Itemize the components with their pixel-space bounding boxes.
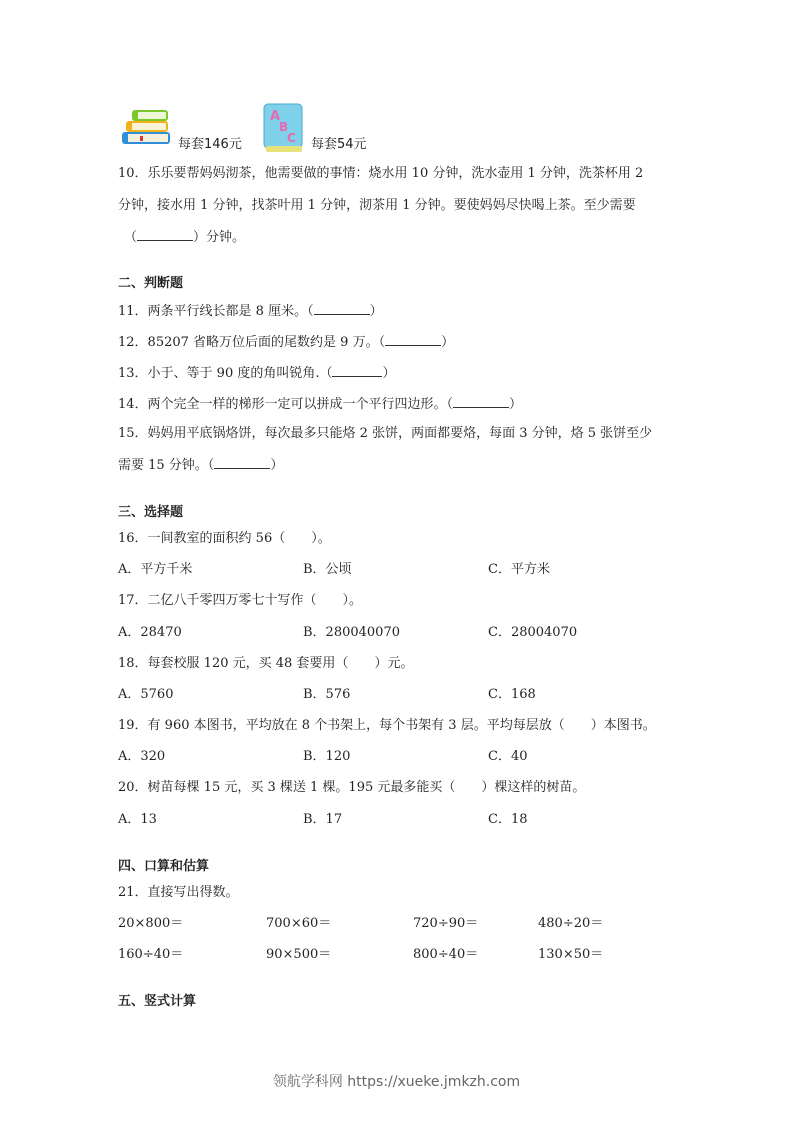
- paren-close: ）分钟。: [193, 230, 245, 245]
- question-text-end: ）。: [311, 531, 331, 546]
- question-12: 12．85207 省略万位后面的尾数约是 9 万。（）: [118, 333, 454, 352]
- section-3-title: 三、选择题: [118, 504, 183, 522]
- svg-text:C: C: [287, 131, 296, 145]
- answer-blank[interactable]: [332, 364, 382, 377]
- question-11: 11．两条平行线长都是 8 厘米。（）: [118, 302, 383, 321]
- calc-item: 90×500＝: [266, 946, 331, 964]
- option-c[interactable]: C．40: [488, 748, 528, 766]
- paren-close: ）: [441, 335, 454, 350]
- option-a[interactable]: A．5760: [118, 686, 173, 704]
- answer-blank[interactable]: [385, 333, 441, 346]
- question-16: 16．一间教室的面积约 56（）。: [118, 530, 331, 548]
- question-text: 11．两条平行线长都是 8 厘米。（: [118, 304, 314, 319]
- question-text-end: ）棵这样的树苗。: [481, 780, 585, 795]
- question-20: 20．树苗每棵 15 元，买 3 棵送 1 棵。195 元最多能买（）棵这样的树…: [118, 779, 585, 797]
- option-a[interactable]: A．13: [118, 811, 157, 829]
- answer-blank[interactable]: [214, 456, 270, 469]
- question-13: 13．小于、等于 90 度的角叫锐角.（）: [118, 364, 396, 383]
- calc-item: 720÷90＝: [413, 915, 478, 933]
- option-c[interactable]: C．平方米: [488, 561, 550, 579]
- question-text: 14．两个完全一样的梯形一定可以拼成一个平行四边形。（: [118, 397, 453, 412]
- question-15-line2: 需要 15 分钟。（）: [118, 456, 283, 475]
- section-4-title: 四、口算和估算: [118, 858, 209, 876]
- footer-watermark: 领航学科网 https://xueke.jmkzh.com: [0, 1071, 793, 1091]
- section-2-title: 二、判断题: [118, 275, 183, 293]
- question-text: 17．二亿八千零四万零七十写作（: [118, 593, 317, 608]
- option-a[interactable]: A．平方千米: [118, 561, 192, 579]
- option-b[interactable]: B．公顷: [303, 561, 352, 579]
- paren-close: ）: [509, 397, 522, 412]
- question-text-end: ）本图书。: [591, 718, 656, 733]
- option-b[interactable]: B．120: [303, 748, 350, 766]
- question-text: 19．有 960 本图书，平均放在 8 个书架上，每个书架有 3 层。平均每层放…: [118, 718, 565, 733]
- option-c[interactable]: C．168: [488, 686, 536, 704]
- option-a[interactable]: A．28470: [118, 624, 182, 642]
- question-text-end: ）。: [343, 593, 363, 608]
- question-10-line3: （）分钟。: [124, 228, 245, 247]
- abc-book-icon: A B C: [262, 102, 306, 154]
- books-stack-icon: [120, 104, 176, 150]
- question-text: 13．小于、等于 90 度的角叫锐角.（: [118, 366, 332, 381]
- calc-item: 160÷40＝: [118, 946, 183, 964]
- option-a[interactable]: A．320: [118, 748, 165, 766]
- calc-item: 480÷20＝: [538, 915, 603, 933]
- paren-open: （: [124, 230, 137, 245]
- paren-close: ）: [370, 304, 383, 319]
- question-14: 14．两个完全一样的梯形一定可以拼成一个平行四边形。（）: [118, 395, 522, 414]
- question-21: 21．直接写出得数。: [118, 884, 239, 902]
- answer-blank[interactable]: [453, 395, 509, 408]
- question-text: 16．一间教室的面积约 56（: [118, 531, 285, 546]
- option-b[interactable]: B．576: [303, 686, 350, 704]
- option-b[interactable]: B．280040070: [303, 624, 400, 642]
- option-c[interactable]: C．18: [488, 811, 528, 829]
- question-19: 19．有 960 本图书，平均放在 8 个书架上，每个书架有 3 层。平均每层放…: [118, 717, 656, 735]
- section-5-title: 五、竖式计算: [118, 993, 196, 1011]
- answer-blank[interactable]: [314, 302, 370, 315]
- calc-item: 800÷40＝: [413, 946, 478, 964]
- calc-item: 130×50＝: [538, 946, 603, 964]
- paren-close: ）: [382, 366, 395, 381]
- question-text: 18．每套校服 120 元，买 48 套要用（: [118, 656, 348, 671]
- price-label-abc: 每套54元: [311, 133, 367, 152]
- question-17: 17．二亿八千零四万零七十写作（）。: [118, 592, 362, 610]
- paren-close: ）: [270, 458, 283, 473]
- calc-item: 700×60＝: [266, 915, 331, 933]
- answer-blank[interactable]: [137, 228, 193, 241]
- option-c[interactable]: C．28004070: [488, 624, 577, 642]
- question-text-end: ）元。: [374, 656, 413, 671]
- question-text: 20．树苗每棵 15 元，买 3 棵送 1 棵。195 元最多能买（: [118, 780, 455, 795]
- price-label-books: 每套146元: [178, 133, 242, 152]
- question-15-line1: 15．妈妈用平底锅烙饼，每次最多只能烙 2 张饼，两面都要烙，每面 3 分钟，烙…: [118, 425, 652, 443]
- question-text: 12．85207 省略万位后面的尾数约是 9 万。（: [118, 335, 385, 350]
- question-10-line2: 分钟，接水用 1 分钟，找茶叶用 1 分钟，沏茶用 1 分钟。要使妈妈尽快喝上茶…: [118, 197, 636, 215]
- question-18: 18．每套校服 120 元，买 48 套要用（）元。: [118, 655, 413, 673]
- option-b[interactable]: B．17: [303, 811, 342, 829]
- calc-item: 20×800＝: [118, 915, 183, 933]
- question-text: 需要 15 分钟。（: [118, 458, 214, 473]
- question-10-line1: 10．乐乐要帮妈妈沏茶，他需要做的事情：烧水用 10 分钟，洗水壶用 1 分钟，…: [118, 165, 643, 183]
